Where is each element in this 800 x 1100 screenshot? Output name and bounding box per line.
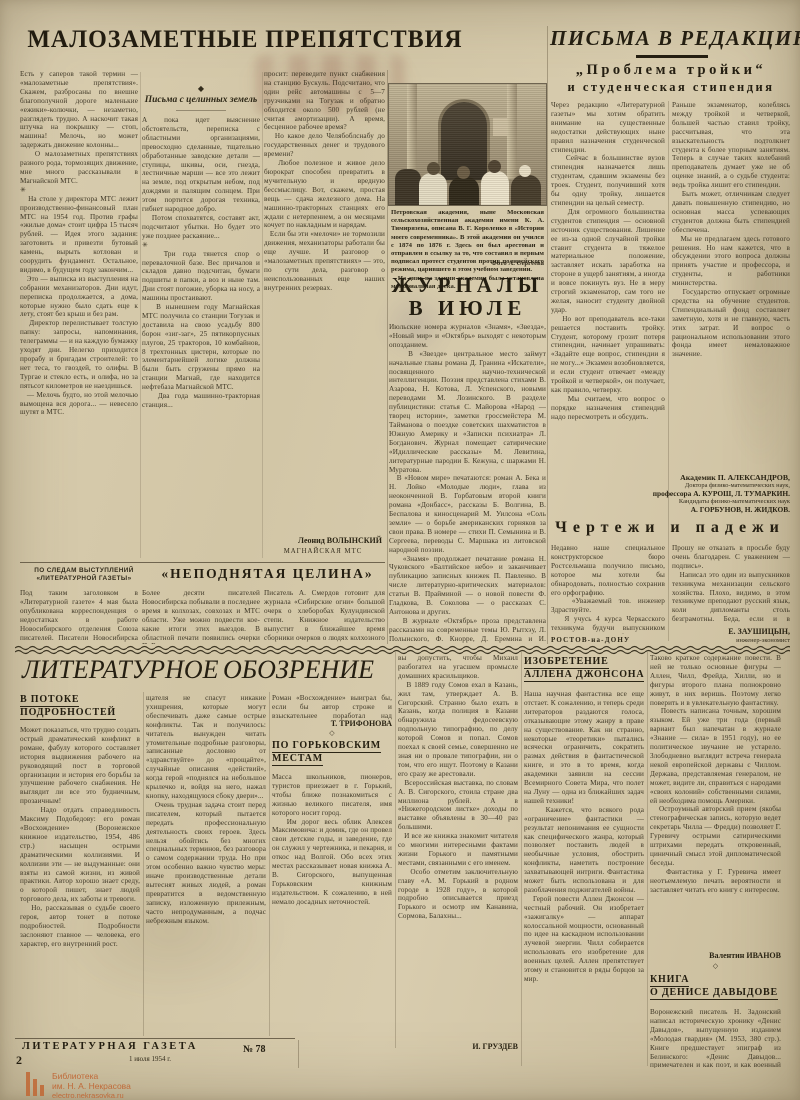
davydov-body: Воронежский писатель Н. Задонский написа… (650, 1008, 781, 1068)
column-rule (395, 652, 396, 1048)
stipend-signature-4: Кандидаты физико-математических наук (600, 498, 790, 505)
drawings-signer-title: инженер-экономист (672, 637, 790, 644)
stipend-column-left: Через редакцию «Литературной газеты» мы … (551, 101, 665, 515)
diamond-ornament-icon: ◆ (142, 84, 260, 93)
divider (20, 562, 385, 563)
johnson-column-6: Таково краткое содержание повести. В ней… (650, 654, 781, 950)
stamp-bar-icon (33, 1079, 37, 1096)
gorky-column-3: Масса школьников, пионеров, туристов при… (272, 773, 392, 1063)
column-rule (387, 70, 388, 644)
davydov-header-line1: КНИГА (650, 974, 689, 987)
stamp-bar-icon (40, 1085, 44, 1096)
library-stamp-line3: electro.nekrasovka.ru (52, 1091, 131, 1100)
column-rule (143, 692, 144, 1036)
journals-body: Июльские номера журналов «Знамя», «Звезд… (389, 323, 546, 643)
divider (176, 110, 226, 111)
celina-kicker-line1: ПО СЛЕДАМ ВЫСТУПЛЕНИЙ (20, 567, 148, 575)
drawings-place: РОСТОВ-на-ДОНУ (551, 636, 665, 644)
journals-headline-line1: ЖУРНАЛЫ (389, 273, 546, 298)
drawings-headline: Чертежи и падежи (548, 519, 792, 537)
photo-caption: Петровская академия, ныне Московская сел… (391, 209, 544, 259)
newspaper-page: МАЛОЗАМЕТНЫЕ ПРЕПЯТСТВИЯ ◆ Письма с цели… (0, 0, 800, 1100)
litreview-headline-word1: ЛИТЕРАТУРНОЕ (22, 655, 219, 685)
library-stamp-line1: Библиотека (52, 1071, 131, 1081)
photo-petrovskaya-academy (389, 84, 546, 205)
obstacles-headline: МАЛОЗАМЕТНЫЕ ПРЕПЯТСТВИЯ (27, 26, 378, 54)
stipend-title-line1: „Проблема тройки“ (550, 62, 792, 79)
library-stamp: Библиотека им. Н. А. Некрасова electro.n… (52, 1071, 131, 1100)
stipend-signature-2: Доктора физико-математических наук, (600, 482, 790, 489)
obstacles-column-1: Есть у саперов такой термин — «малозамет… (20, 70, 138, 560)
stamp-bar-icon (26, 1072, 30, 1096)
column-rule (521, 652, 522, 1066)
celina-column-3: Писатель А. Смердов готовит для журнала … (264, 589, 385, 644)
photo-grain (389, 84, 546, 205)
celina-kicker-line2: «ЛИТЕРАТУРНОЙ ГАЗЕТЫ» (20, 575, 148, 583)
footer-paper-name: ЛИТЕРАТУРНАЯ ГАЗЕТА (22, 1041, 222, 1052)
column-rule (262, 72, 263, 558)
footer-issue-number: № 78 (243, 1044, 293, 1055)
gorky-header-line1: ПО ГОРЬКОВСКИМ (272, 740, 381, 753)
library-stamp-line2: им. Н. А. Некрасова (52, 1081, 131, 1091)
drawings-column-right: Прошу не отказать в просьбе буду очень б… (672, 544, 790, 624)
davydov-header: КНИГА О ДЕНИСЕ ДАВЫДОВЕ (650, 974, 781, 1000)
gorky-header-line2: МЕСТАМ (272, 753, 323, 766)
potok-column-1: Может показаться, что трудно создать ост… (20, 726, 140, 1036)
johnson-header: ИЗОБРЕТЕНИЕ АЛЛЕНА ДЖОНСОНА (524, 656, 646, 682)
stipend-column-right: Раньше экзаменатор, колеблясь между трой… (672, 101, 790, 471)
stipend-signature-3: профессора А. КУРОШ, Л. ТУМАРКИН. (600, 489, 790, 498)
celina-column-2: Более десяти писателей Новосибирска побы… (142, 589, 260, 644)
potok-signature: Т. ТРИФОНОВА (272, 719, 392, 728)
drawings-signer: Е. ЗАУШИЦЫН, (672, 627, 790, 636)
stipend-signature-5: А. ГОРБУНОВ, Н. ЖИДКОВ. (600, 505, 790, 514)
footer-page-number: 2 (16, 1053, 22, 1068)
column-rule (668, 101, 669, 641)
potok-header-line1: В ПОТОКЕ (20, 694, 79, 707)
small-diamond-ornament-icon: ◇ (650, 962, 781, 970)
letters-title-underline (636, 55, 708, 58)
davydov-header-line2: О ДЕНИСЕ ДАВЫДОВЕ (650, 987, 778, 1000)
gorky-column-4: вы допустить, чтобы Михаил разбогател на… (398, 654, 518, 1038)
johnson-column-5: Наша научная фантастика все еще отстает.… (524, 690, 644, 1064)
potok-column-3-end: Роман «Восхождение» выиграл бы, если бы … (272, 694, 392, 720)
footer-rule (15, 1038, 295, 1039)
gorky-signature: И. ГРУЗДЕВ (398, 1042, 518, 1051)
johnson-header-line1: ИЗОБРЕТЕНИЕ (524, 656, 609, 669)
obstacles-series-label: Письма с целинных земель (142, 95, 260, 105)
potok-header: В ПОТОКЕ ПОДРОБНОСТЕЙ (20, 694, 140, 720)
photo-credit: Фото А. Сергеева (391, 260, 544, 267)
column-rule (269, 692, 270, 1036)
small-diamond-ornament-icon: ◇ (272, 729, 392, 737)
johnson-header-line2: АЛЛЕНА ДЖОНСОНА (524, 669, 644, 682)
footer-date: 1 июля 1954 г. (90, 1055, 210, 1063)
stipend-signature-1: Академик П. АЛЕКСАНДРОВ, (600, 473, 790, 482)
stipend-title-line2: и студенческая стипендия (550, 80, 792, 95)
obstacles-column-3: просит: переведите пункт снабжения на ст… (264, 70, 385, 532)
litreview-headline-word2: ОБОЗРЕНИЕ (223, 655, 374, 685)
potok-column-2: щателя не спасут никакие ухищрения, кото… (146, 694, 266, 1036)
obstacles-signature: Леонид ВОЛЫНСКИЙ (264, 536, 382, 545)
column-rule (547, 26, 548, 644)
potok-header-line2: ПОДРОБНОСТЕЙ (20, 707, 116, 720)
footer-rule-vertical (298, 1040, 299, 1068)
column-rule (647, 652, 648, 1066)
celina-headline: «НЕПОДНЯТАЯ ЦЕЛИНА» (150, 566, 385, 582)
column-rule (140, 72, 141, 558)
johnson-signature: Валентин ИВАНОВ (650, 951, 781, 960)
letters-section-title: ПИСЬМА В РЕДАКЦИЮ (550, 26, 792, 51)
drawings-column-left: Недавно наше специальное конструкторское… (551, 544, 665, 634)
journals-headline-line2: В ИЮЛЕ (389, 296, 546, 321)
obstacles-signature-place: МАГНАЙСКАЯ МТС (264, 548, 382, 555)
stipend-signatures: Академик П. АЛЕКСАНДРОВ, Доктора физико-… (600, 473, 790, 514)
celina-column-1: Под таким заголовком в «Литературной газ… (20, 589, 138, 644)
gorky-header: ПО ГОРЬКОВСКИМ МЕСТАМ (272, 740, 392, 766)
litreview-headline: ЛИТЕРАТУРНОЕ ОБОЗРЕНИЕ (22, 655, 374, 685)
obstacles-column-2: А пока идет выяснение обстоятельств, пер… (142, 116, 260, 560)
